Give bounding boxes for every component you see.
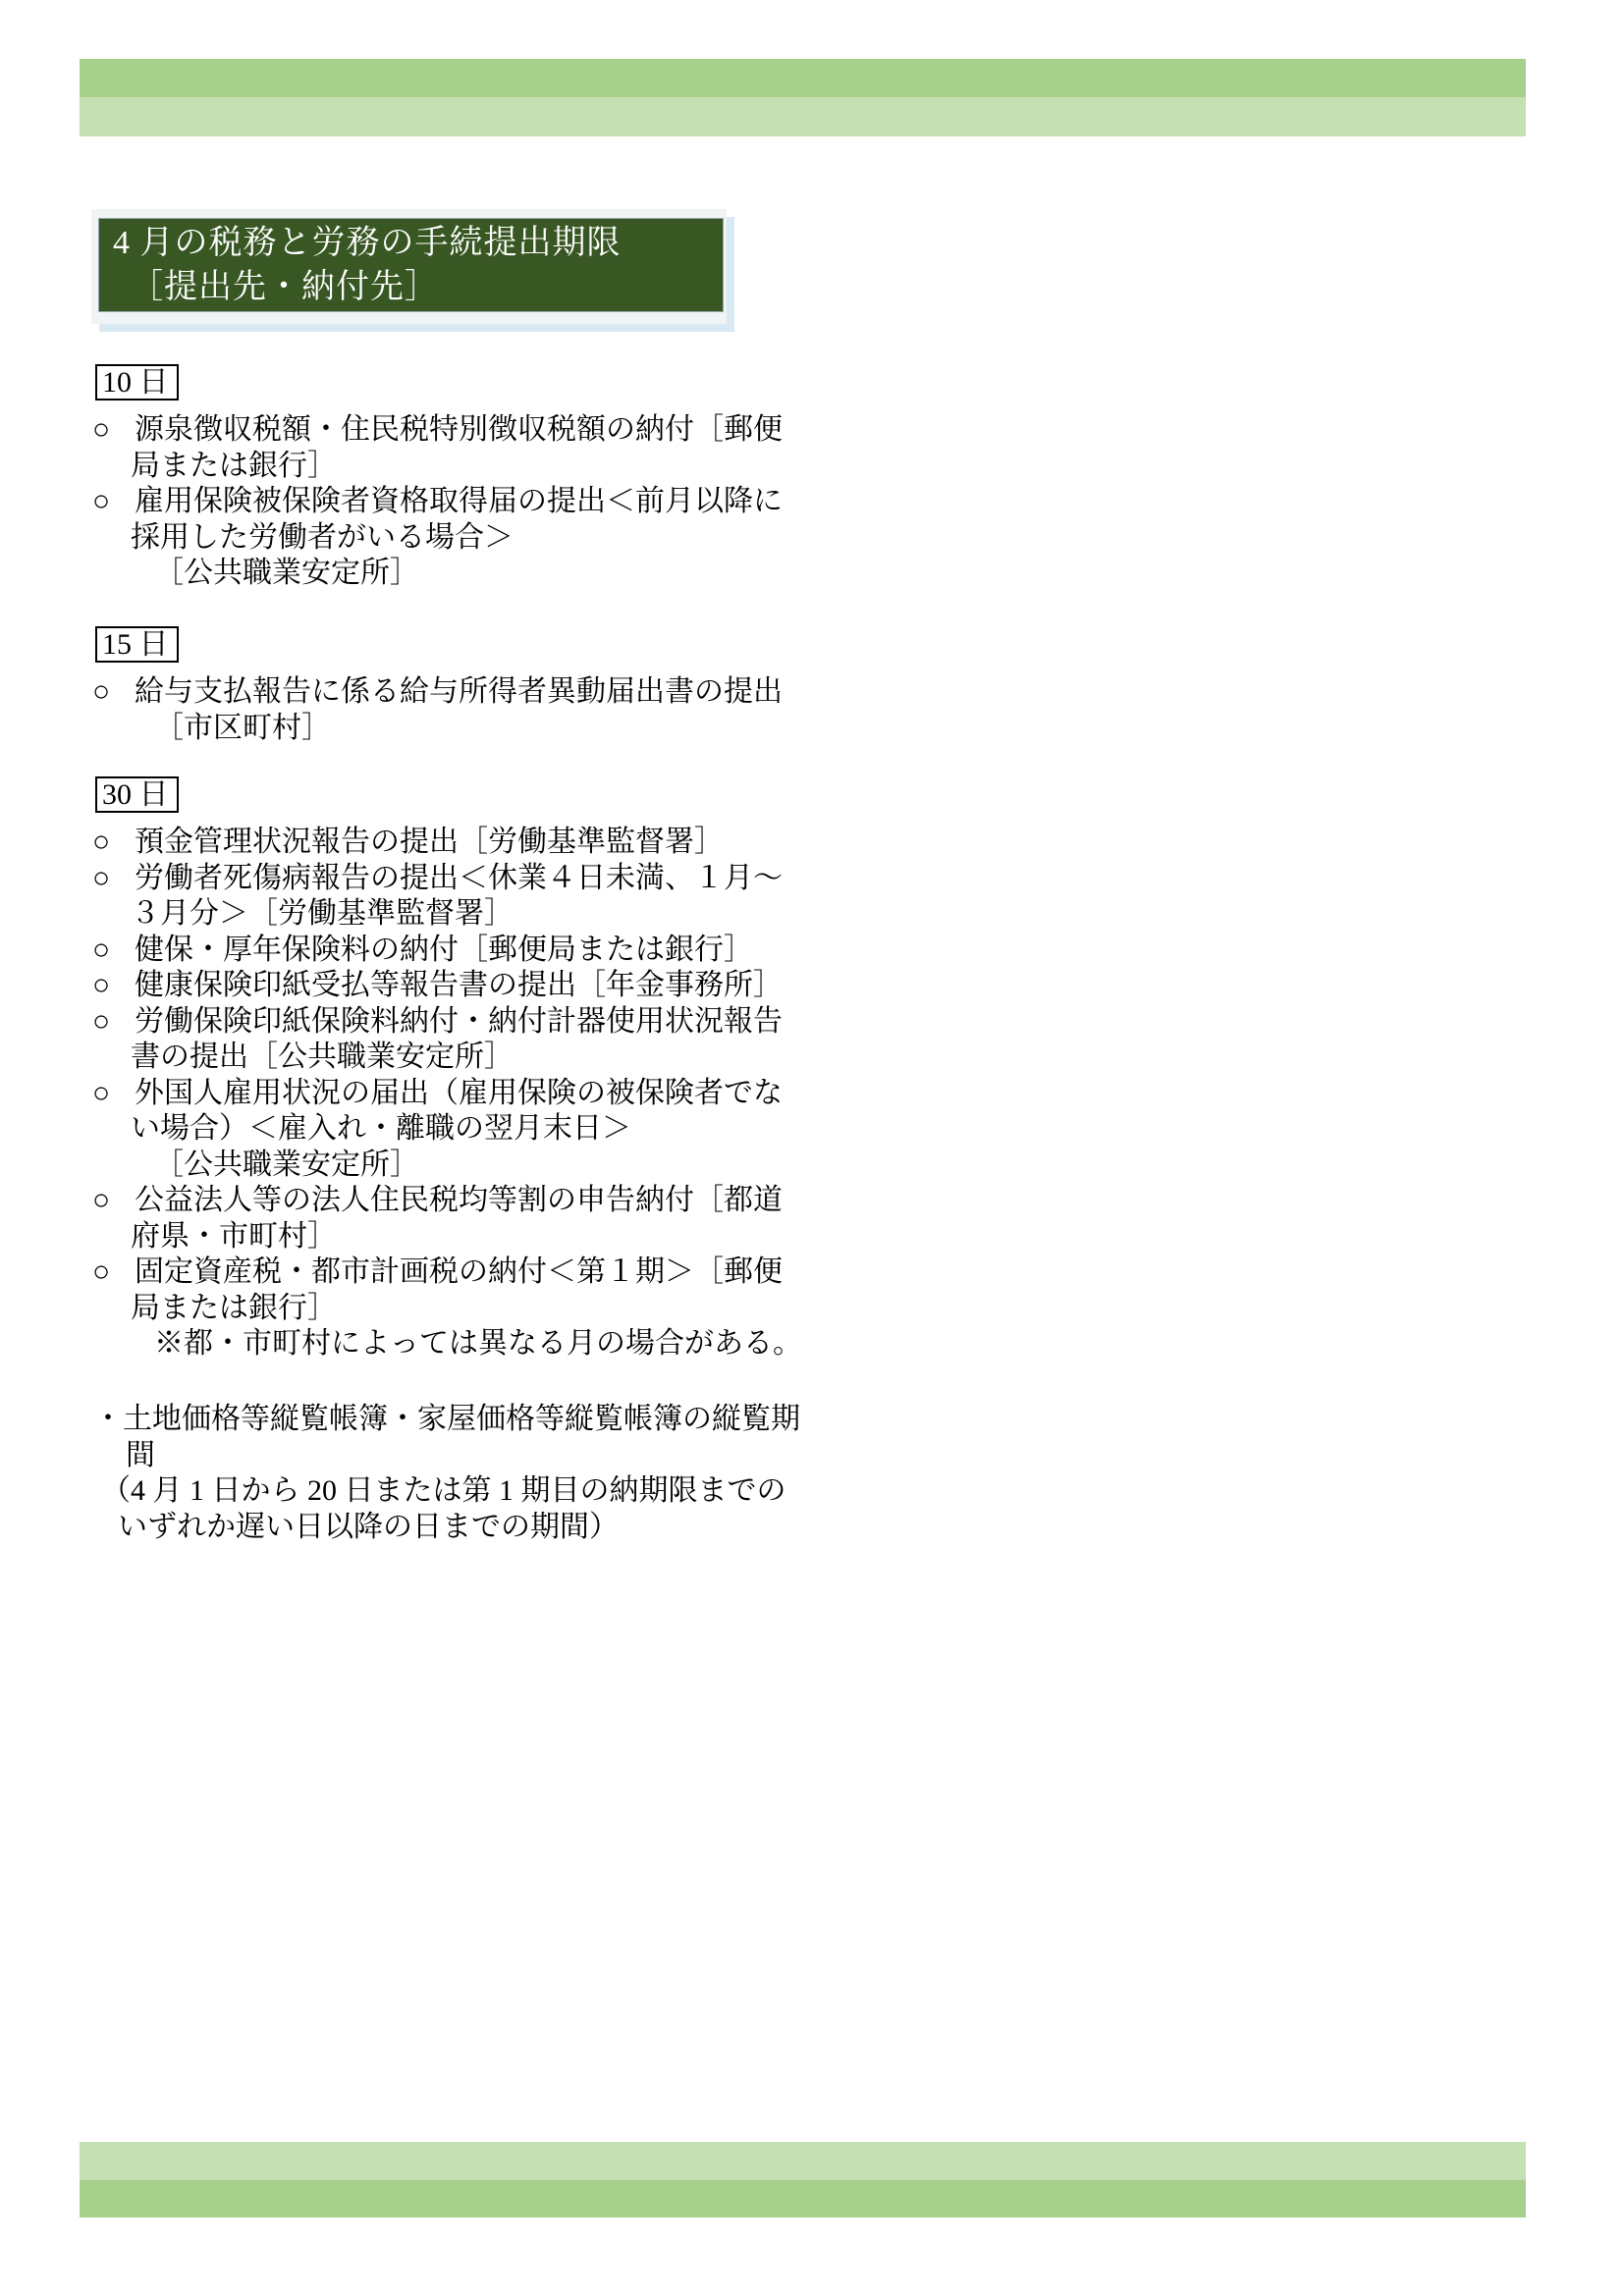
- section-day-15: 15 日 ○給与支払報告に係る給与所得者異動届出書の提出［市区町村］: [95, 626, 871, 746]
- list-item: ○公益法人等の法人住民税均等割の申告納付［都道: [95, 1183, 871, 1219]
- day-30-label: 30 日: [95, 776, 179, 813]
- circle-bullet-icon: ○: [92, 968, 110, 1004]
- day-30-list: ○預金管理状況報告の提出［労働基準監督署］○労働者死傷病報告の提出＜休業４日未満…: [95, 825, 871, 1362]
- note-line: ・土地価格等縦覧帳簿・家屋価格等縦覧帳簿の縦覧期: [93, 1402, 869, 1438]
- viewing-period-note: ・土地価格等縦覧帳簿・家屋価格等縦覧帳簿の縦覧期間（4 月 1 日から 20 日…: [93, 1402, 869, 1545]
- list-item: ○預金管理状況報告の提出［労働基準監督署］: [95, 825, 871, 861]
- list-item-text: 健保・厚年保険料の納付［郵便局または銀行］: [135, 934, 753, 966]
- list-item-text: 固定資産税・都市計画税の納付＜第１期＞［郵便: [135, 1255, 783, 1288]
- day-10-label: 10 日: [95, 364, 179, 400]
- list-item-text: 健康保険印紙受払等報告書の提出［年金事務所］: [135, 969, 783, 1001]
- circle-bullet-icon: ○: [92, 933, 110, 969]
- list-item-line: 局または銀行］: [95, 1291, 871, 1327]
- day-15-label: 15 日: [95, 626, 179, 663]
- list-item-line: ３月分＞［労働基準監督署］: [95, 896, 871, 933]
- circle-bullet-icon: ○: [92, 861, 110, 897]
- list-item-line: 採用した労働者がいる場合＞: [95, 520, 871, 557]
- title-line-1: 4 月の税務と労務の手続提出期限: [113, 221, 723, 265]
- note-line: 間: [93, 1438, 869, 1474]
- day-10-list: ○源泉徴収税額・住民税特別徴収税額の納付［郵便局または銀行］○雇用保険被保険者資…: [95, 412, 871, 592]
- header-bar-dark-green: [80, 59, 1526, 97]
- list-item-text: 雇用保険被保険者資格取得届の提出＜前月以降に: [135, 485, 783, 517]
- list-item-line: 府県・市町村］: [95, 1219, 871, 1255]
- title-line-2: ［提出先・納付先］: [113, 265, 723, 309]
- note-line: （4 月 1 日から 20 日または第 1 期目の納期限までの: [93, 1473, 869, 1510]
- note-line: いずれか遅い日以降の日までの期間）: [93, 1510, 869, 1546]
- list-item-line: ※都・市町村によっては異なる月の場合がある。: [95, 1326, 871, 1362]
- list-item-line: ［公共職業安定所］: [95, 556, 871, 592]
- circle-bullet-icon: ○: [92, 825, 110, 861]
- list-item: ○給与支払報告に係る給与所得者異動届出書の提出: [95, 674, 871, 711]
- list-item-line: い場合）＜雇入れ・離職の翌月末日＞: [95, 1111, 871, 1148]
- list-item-text: 労働者死傷病報告の提出＜休業４日未満、１月～: [135, 862, 783, 894]
- circle-bullet-icon: ○: [92, 1004, 110, 1041]
- header-bar-light-green: [80, 97, 1526, 136]
- circle-bullet-icon: ○: [92, 1076, 110, 1112]
- list-item: ○健保・厚年保険料の納付［郵便局または銀行］: [95, 933, 871, 969]
- page-title: 4 月の税務と労務の手続提出期限 ［提出先・納付先］: [98, 218, 724, 312]
- footer-bar-dark-green: [80, 2180, 1526, 2217]
- title-panel: 4 月の税務と労務の手続提出期限 ［提出先・納付先］: [91, 209, 727, 324]
- list-item: ○労働保険印紙保険料納付・納付計器使用状況報告: [95, 1004, 871, 1041]
- circle-bullet-icon: ○: [92, 1183, 110, 1219]
- list-item-text: 労働保険印紙保険料納付・納付計器使用状況報告: [135, 1005, 783, 1038]
- footer-bar-light-green: [80, 2142, 1526, 2180]
- section-day-10: 10 日 ○源泉徴収税額・住民税特別徴収税額の納付［郵便局または銀行］○雇用保険…: [95, 364, 871, 592]
- list-item: ○外国人雇用状況の届出（雇用保険の被保険者でな: [95, 1076, 871, 1112]
- circle-bullet-icon: ○: [92, 674, 110, 711]
- list-item-text: 源泉徴収税額・住民税特別徴収税額の納付［郵便: [135, 413, 783, 446]
- list-item: ○固定資産税・都市計画税の納付＜第１期＞［郵便: [95, 1255, 871, 1291]
- document-page: 4 月の税務と労務の手続提出期限 ［提出先・納付先］ 10 日 ○源泉徴収税額・…: [0, 0, 1624, 2296]
- circle-bullet-icon: ○: [92, 412, 110, 449]
- list-item: ○健康保険印紙受払等報告書の提出［年金事務所］: [95, 968, 871, 1004]
- list-item-line: ［公共職業安定所］: [95, 1148, 871, 1184]
- day-15-list: ○給与支払報告に係る給与所得者異動届出書の提出［市区町村］: [95, 674, 871, 746]
- list-item: ○雇用保険被保険者資格取得届の提出＜前月以降に: [95, 484, 871, 520]
- section-day-30: 30 日 ○預金管理状況報告の提出［労働基準監督署］○労働者死傷病報告の提出＜休…: [95, 776, 871, 1362]
- circle-bullet-icon: ○: [92, 484, 110, 520]
- list-item: ○源泉徴収税額・住民税特別徴収税額の納付［郵便: [95, 412, 871, 449]
- list-item-text: 公益法人等の法人住民税均等割の申告納付［都道: [135, 1184, 783, 1216]
- list-item-line: 書の提出［公共職業安定所］: [95, 1040, 871, 1076]
- circle-bullet-icon: ○: [92, 1255, 110, 1291]
- list-item: ○労働者死傷病報告の提出＜休業４日未満、１月～: [95, 861, 871, 897]
- list-item-line: ［市区町村］: [95, 711, 871, 747]
- list-item-text: 給与支払報告に係る給与所得者異動届出書の提出: [135, 675, 783, 708]
- list-item-text: 預金管理状況報告の提出［労働基準監督署］: [135, 826, 724, 858]
- list-item-text: 外国人雇用状況の届出（雇用保険の被保険者でな: [135, 1077, 783, 1109]
- list-item-line: 局または銀行］: [95, 449, 871, 485]
